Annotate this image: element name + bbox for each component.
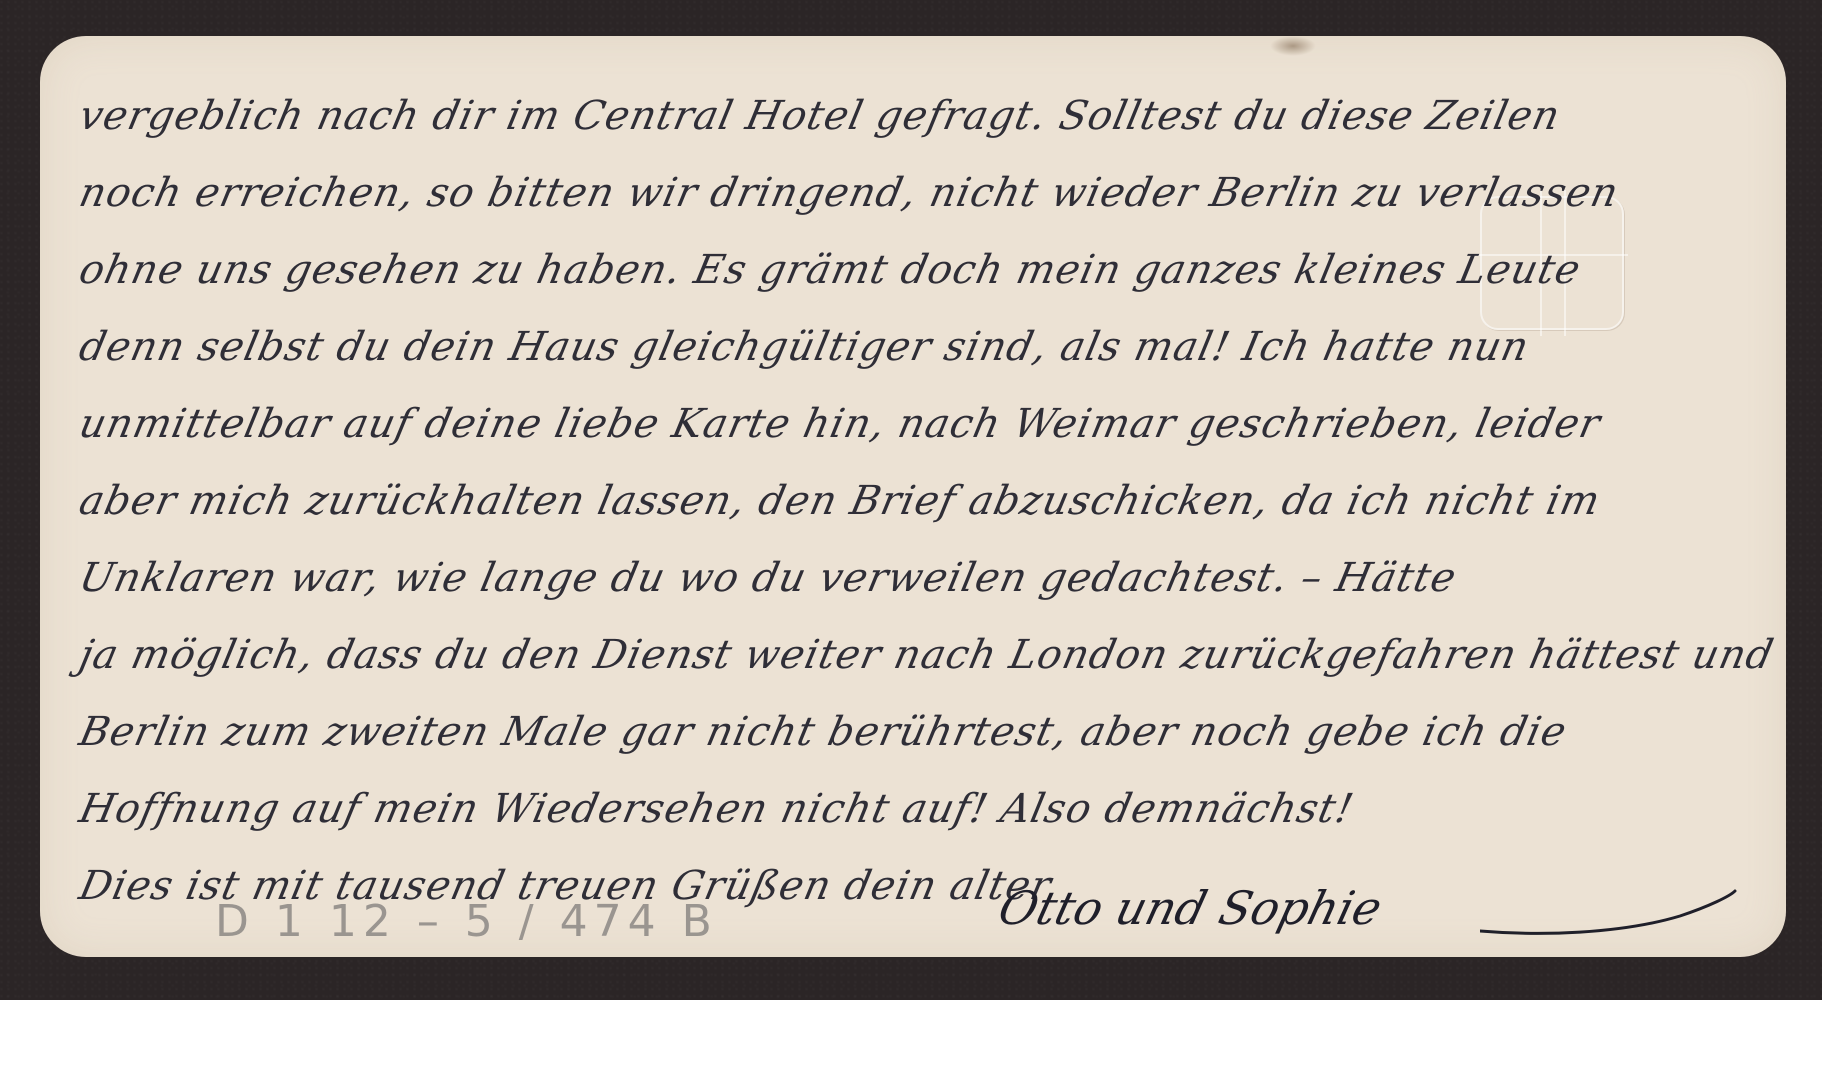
handwritten-line: unmittelbar auf deine liebe Karte hin, n… xyxy=(72,386,1758,463)
scan-background: vergeblich nach dir im Central Hotel gef… xyxy=(0,0,1822,1000)
handwritten-line: ja möglich, dass du den Dienst weiter na… xyxy=(72,617,1758,694)
paper-stain xyxy=(1270,36,1316,56)
archive-number: D 1 12 – 5 / 474 B xyxy=(215,896,718,947)
handwritten-line: Unklaren war, wie lange du wo du verweil… xyxy=(72,540,1758,617)
handwritten-line: aber mich zurückhalten lassen, den Brief… xyxy=(72,463,1758,540)
handwritten-line: ohne uns gesehen zu haben. Es grämt doch… xyxy=(72,232,1758,309)
handwritten-line: Berlin zum zweiten Male gar nicht berühr… xyxy=(72,694,1758,771)
signature-flourish-icon xyxy=(1480,886,1740,946)
handwritten-line: Hoffnung auf mein Wiedersehen nicht auf!… xyxy=(72,771,1758,848)
handwritten-line: noch erreichen, so bitten wir dringend, … xyxy=(72,155,1758,232)
signature: Otto und Sophie xyxy=(993,881,1387,935)
handwritten-line: vergeblich nach dir im Central Hotel gef… xyxy=(72,78,1758,155)
handwritten-message: vergeblich nach dir im Central Hotel gef… xyxy=(80,78,1750,925)
handwritten-line: denn selbst du dein Haus gleichgültiger … xyxy=(72,309,1758,386)
postcard: vergeblich nach dir im Central Hotel gef… xyxy=(40,36,1786,957)
